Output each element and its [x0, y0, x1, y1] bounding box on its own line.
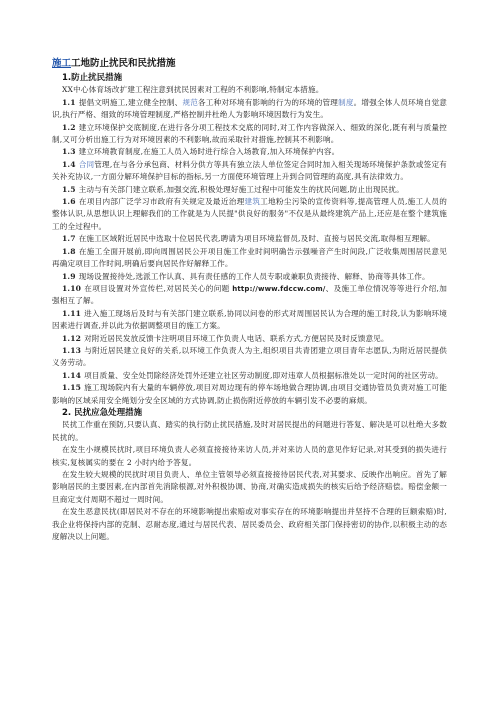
item-1-8: 1.8在施工全面开展前,即向周围居民公开项目施工作业时间明确告示强噪音产生时间段… — [52, 246, 447, 271]
item-1-11: 1.11进入施工现场后及时与有关部门建立联系,协同以问卷的形式对周围居民认为合理… — [52, 308, 447, 333]
section-2-heading: 2. 民扰应急处理措施 — [52, 407, 447, 419]
item-1-12: 1.12对附近居民发放反馈卡注明项目环境工作负责人电话、联系方式,方便居民及时反… — [52, 333, 447, 345]
item-1-10: 1.10在项目设置对外宣传栏,对居民关心的问题 http://www.fdccw… — [52, 283, 447, 308]
document-page: 施工工地防止扰民和民扰措施 1.防止扰民措施 XX中心体育场改扩建工程注意到扰民… — [52, 57, 447, 543]
section-2-paragraph: 在发生恶意民扰(即居民对不存在的环境影响提出索赔或对事实存在的环境影响提出并坚持… — [52, 506, 447, 543]
item-1-3: 1.3建立环境教育制度,在施工人员入场时进行综合入场教育,加入环境保护内容。 — [52, 146, 447, 158]
section-1-heading: 1.防止扰民措施 — [52, 72, 447, 84]
item-1-7: 1.7在施工区域附近居民中选取十位居民代表,聘请为项目环境监督员,及时、直接与居… — [52, 233, 447, 245]
link-jianzhu[interactable]: 建筑 — [244, 197, 260, 206]
item-1-4: 1.4合同管理,在与各分承包商、材料分供方等具有独立法人单位签定合同时加入相关现… — [52, 159, 447, 184]
link-guifan[interactable]: 规范 — [182, 98, 198, 107]
item-1-1: 1.1提倡文明施工,建立健全控制、规范各工种对环境有影响的行为的环境的管理制度。… — [52, 97, 447, 122]
intro-paragraph: XX中心体育场改扩建工程注意到扰民因素对工程的不利影响,特制定本措施。 — [52, 84, 447, 96]
item-1-13: 1.13与附近居民建立良好的关系,以环境工作负责人为主,组织项目共青团建立项目青… — [52, 345, 447, 370]
document-title: 施工工地防止扰民和民扰措施 — [52, 57, 447, 70]
title-link[interactable]: 施工 — [52, 58, 71, 69]
section-2-paragraph: 在发生小规模民扰时,项目环境负责人必须直接接待来访人员,并对来访人员的意见作好记… — [52, 444, 447, 469]
item-1-14: 1.14项目质量、安全处罚除经济处罚外还建立社区劳动制度,即对违章人员根据标准处… — [52, 370, 447, 382]
section-2-paragraph: 在发生较大规模的民扰时项目负责人、单位主管领导必须直接接待居民代表,对其要求、反… — [52, 469, 447, 506]
link-hetong[interactable]: 合同 — [79, 160, 95, 169]
website-url[interactable]: http://www.fdccw.com/ — [232, 285, 325, 293]
link-zhidu[interactable]: 制度 — [338, 98, 354, 107]
section-2-paragraph: 民扰工作重在预防,只要认真、踏实的执行防止扰民措施,及时对居民提出的问题进行答复… — [52, 419, 447, 444]
item-1-9: 1.9现场设置接待处,选派工作认真、具有责任感的工作人员专职或兼职负责接待、解释… — [52, 271, 447, 283]
title-text: 工地防止扰民和民扰措施 — [71, 58, 176, 69]
item-1-6: 1.6在项目内部广泛学习市政府有关规定及最近治理建筑工地粉尘污染的宣传资料等,提… — [52, 196, 447, 233]
item-1-2: 1.2建立环境保护交底制度,在进行各分项工程技术交底的同时,对工作内容做深入、细… — [52, 122, 447, 147]
item-1-15: 1.15施工现场院内有大量的车辆停放,项目对周边现有的停车场地做合理协调,由项目… — [52, 382, 447, 407]
item-1-5: 1.5主动与有关部门建立联系,加强交流,积极处理好施工过程中可能发生的扰民问题,… — [52, 184, 447, 196]
